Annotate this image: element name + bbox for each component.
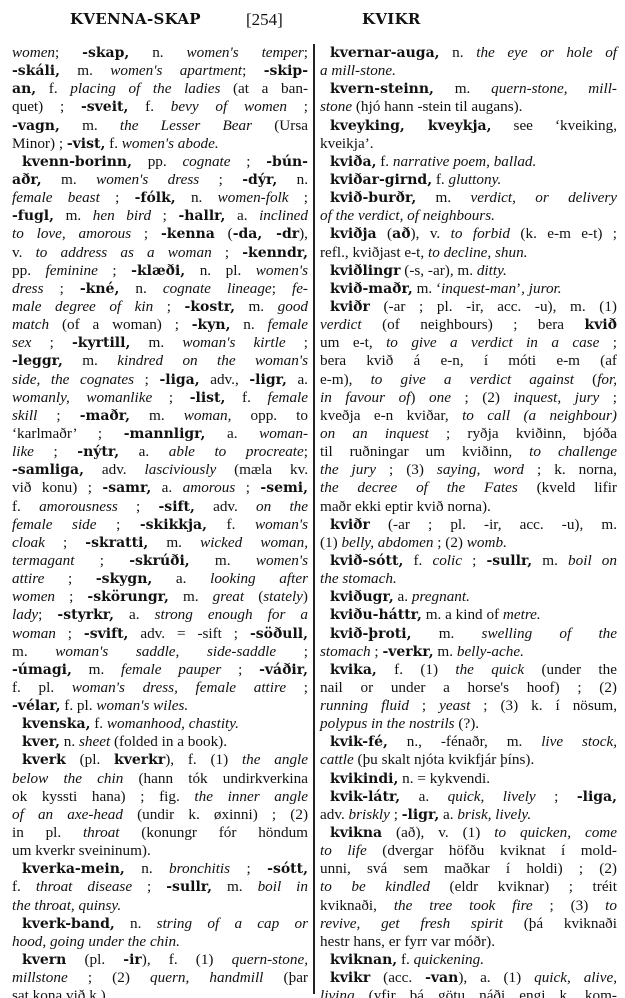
text-line: kver, n. sheet (folded in a book).: [12, 733, 308, 751]
definition: gluttony.: [449, 171, 502, 188]
definition: inclined: [259, 207, 308, 224]
text: m.: [63, 352, 117, 369]
text: ;: [151, 207, 178, 224]
definition: the stomach.: [320, 570, 397, 587]
text: ;: [599, 389, 617, 406]
headword: kviðja: [330, 226, 377, 242]
headword: -kenna: [161, 226, 215, 242]
text: m.: [190, 552, 256, 569]
definition: polypus in the nostrils: [320, 715, 455, 732]
text-line: kvikna (að), v. (1) to quicken, come: [320, 824, 617, 842]
text-line: kviknan, f. quickening.: [320, 951, 617, 969]
text: a.: [152, 570, 210, 587]
text: m.: [434, 80, 491, 97]
text-line: kviðu-háttr, m. a kind of metre.: [320, 606, 617, 624]
text-line: kveikja’.: [320, 135, 617, 153]
definition: to life: [320, 842, 367, 859]
definition: millstone: [12, 969, 68, 986]
text: ;: [56, 625, 84, 642]
headword: -sullr,: [166, 879, 212, 895]
definition: the jury: [320, 461, 376, 478]
text: maðr ekki eptir kvið norna).: [320, 498, 491, 515]
text: ;: [221, 661, 259, 678]
text-line: um kverkr sveininum).: [12, 842, 308, 860]
text-line: of an axe-head (undir k. øxinni) ; (2): [12, 806, 308, 824]
text-line: kvenn-borinn, pp. cognate ; -bún-: [12, 153, 308, 171]
definition: termagant: [12, 552, 74, 569]
text: ;: [371, 643, 383, 660]
definition: the quick: [455, 661, 524, 678]
headword: -skap,: [82, 45, 129, 61]
headword: -hallr,: [178, 208, 225, 224]
headword: -sveit,: [81, 99, 128, 115]
text-line: kveyking, kveykja, see ‘kveiking,: [320, 117, 617, 135]
text: ;: [231, 153, 267, 170]
headword: -list,: [190, 390, 226, 406]
definition: women: [12, 588, 55, 605]
headword: -styrkr,: [57, 607, 114, 623]
definition: dress: [12, 280, 44, 297]
text: (þá kviknaði: [503, 915, 617, 932]
text-line: running fluid ; yeast ; (3) k. í nösum,: [320, 697, 617, 715]
text: (þar: [263, 969, 308, 986]
text-line: cloak ; -skratti, m. wicked woman,: [12, 534, 308, 552]
headword: kviknan,: [330, 952, 397, 968]
text: (-ar ; pl. -ir, acc. -u), m. (1): [370, 298, 617, 315]
text: f. pl.: [60, 697, 96, 714]
text: f.: [397, 951, 413, 968]
headword: kvikindi,: [330, 771, 398, 787]
definition: strong enough for a: [155, 606, 308, 623]
text-line: kvið-sótt, f. colic ; -sullr, m. boil on: [320, 552, 617, 570]
definition: metre.: [503, 606, 541, 623]
right-column: kvernar-auga, n. the eye or hole ofa mil…: [320, 44, 617, 998]
text-line: e-m), to give a verdict against (for,: [320, 371, 617, 389]
definition: swelling of the: [482, 625, 617, 642]
text-line: pp. feminine ; -klæði, n. pl. women's: [12, 262, 308, 280]
headword: -kné,: [80, 281, 119, 297]
headword: -kyn,: [192, 317, 231, 333]
text: n.: [176, 189, 218, 206]
definition: women's dress: [96, 171, 199, 188]
definition: on the: [256, 498, 308, 515]
text: (mæla kv.: [216, 461, 308, 478]
text-line: kvið-maðr, m. ‘inquest-man’, juror.: [320, 280, 617, 298]
text-line: kvið-burðr, m. verdict, or delivery: [320, 189, 617, 207]
text: (1): [320, 534, 342, 551]
text: ;: [286, 679, 308, 696]
text-line: ‘karlmaðr’ ; -mannligr, a. woman-: [12, 425, 308, 443]
text: ;: [38, 606, 57, 623]
text-line: in pl. throat (konungr fór höndum: [12, 824, 308, 842]
text: a.: [394, 588, 412, 605]
text: ;: [132, 878, 166, 895]
text: f. (1): [377, 661, 456, 678]
headword: -svift,: [84, 626, 129, 642]
headword: -söðull,: [250, 626, 308, 642]
text: ; k. norna,: [524, 461, 617, 478]
headword: -skikkja,: [140, 517, 207, 533]
text: (folded in a book).: [110, 733, 227, 750]
definition: fe-: [292, 280, 308, 297]
definition: woman,: [184, 407, 232, 424]
page-number: [254]: [246, 10, 283, 30]
definition: revive, get fresh spirit: [320, 915, 503, 932]
definition: amorous: [183, 479, 236, 496]
text-line: bera kvið á e-n, í móti e-m (af: [320, 352, 617, 370]
text: m.: [60, 62, 110, 79]
text-line: kviðr (-ar ; pl. -ir, acc. -u), m. (1): [320, 298, 617, 316]
text-line: kvikr (acc. -van), a. (1) quick, alive,: [320, 969, 617, 987]
definition: quick, lively: [448, 788, 536, 805]
headword: kvið-maðr,: [330, 281, 413, 297]
left-column: women; -skap, n. women's temper;-skáli, …: [12, 44, 308, 998]
text: ; ryðja kviðinn, bjóða: [429, 425, 617, 442]
text: a.: [439, 806, 457, 823]
text: ;: [44, 280, 80, 297]
text: ;: [153, 298, 184, 315]
definition: living: [320, 987, 355, 998]
text-line: kvik-fé, n., -fénaðr, m. live stock,: [320, 733, 617, 751]
headword: að: [392, 226, 410, 242]
definition: in favour of: [320, 389, 410, 406]
definition: womanhood, chastity.: [107, 715, 239, 732]
text: quet) ;: [12, 98, 81, 115]
text-line: millstone ; (2) quern, handmill (þar: [12, 969, 308, 987]
headword: -skratti,: [85, 535, 148, 551]
text: ;: [98, 262, 131, 279]
headword: -bún-: [266, 154, 308, 170]
text-line: hestr hans, er fyrr var móðr).: [320, 933, 617, 951]
text: ;: [286, 334, 308, 351]
text: ;: [390, 806, 402, 823]
text: n.: [60, 733, 79, 750]
text-line: match (of a woman) ; -kyn, n. female: [12, 316, 308, 334]
text: (yfir þá götu náði engi k. kom-: [355, 987, 617, 998]
definition: sex: [12, 334, 31, 351]
headword: -kyrtill,: [72, 335, 130, 351]
headword: -liga,: [159, 372, 199, 388]
headword: kviðar-girnd,: [330, 172, 432, 188]
text: adv.: [84, 461, 145, 478]
text: adv.: [320, 806, 349, 823]
text: við konu) ;: [12, 479, 102, 496]
text-line: skill ; -maðr, m. woman, opp. to: [12, 407, 308, 425]
headword: kvik-fé,: [330, 734, 388, 750]
text-line: womanly, womanlike ; -list, f. female: [12, 389, 308, 407]
text: m.: [148, 534, 200, 551]
text-line: stone (hjó hann -stein til augans).: [320, 98, 617, 116]
page-header: KVENNA-SKAP [254] KVIKR: [0, 8, 625, 32]
text: hestr hans, er fyrr var móðr).: [320, 933, 495, 950]
text: (eldr kviknar) ; tréit: [430, 878, 617, 895]
text: n.: [119, 280, 163, 297]
headword: kviðugr,: [330, 589, 394, 605]
text-line: kverk (pl. kverkr), f. (1) the angle: [12, 751, 308, 769]
text: f.: [105, 135, 121, 152]
text: ;: [462, 552, 486, 569]
text-line: kvenska, f. womanhood, chastity.: [12, 715, 308, 733]
text: (of neighbours) ; bera: [362, 316, 585, 333]
text: kveikja’.: [320, 135, 374, 152]
text: opp. to: [231, 407, 308, 424]
headword: -van: [425, 970, 458, 986]
text-line: kvikindi, n. = kykvendi.: [320, 770, 617, 788]
definition: female beast: [12, 189, 100, 206]
text-line: living (yfir þá götu náði engi k. kom-: [320, 987, 617, 998]
text: ;: [134, 371, 159, 388]
headword: kveyking, kveykja,: [330, 118, 491, 134]
definition: one: [429, 389, 451, 406]
text-line: maðr ekki eptir kvið norna).: [320, 498, 617, 516]
text-line: kviðlingr (-s, -ar), m. ditty.: [320, 262, 617, 280]
text-line: woman ; -svift, adv. = -sift ; -söðull,: [12, 625, 308, 643]
headword: -úmagi,: [12, 662, 72, 678]
definition: string of a cap or: [157, 915, 308, 932]
definition: below the chin: [12, 770, 123, 787]
text: ;: [536, 788, 577, 805]
definition: the angle: [242, 751, 308, 768]
text-line: um e-t, to give a verdict in a case ;: [320, 334, 617, 352]
text: ’,: [516, 280, 529, 297]
definition: to challenge: [529, 443, 617, 460]
text: ;: [31, 334, 72, 351]
text: f.: [207, 516, 255, 533]
definition: placing of the ladies: [70, 80, 220, 97]
headword: -skip-: [264, 63, 308, 79]
text: kviknaði,: [320, 897, 394, 914]
text: see ‘kveiking,: [491, 117, 617, 134]
definition: attire: [12, 570, 44, 587]
text-line: to love, amorous ; -kenna (-da, -dr),: [12, 225, 308, 243]
text-line: -samliga, adv. lasciviously (mæla kv.: [12, 461, 308, 479]
headword: -fólk,: [135, 190, 176, 206]
text-line: kvern (pl. -ir), f. (1) quern-stone,: [12, 951, 308, 969]
definition: of the verdict, of neighbours.: [320, 207, 495, 224]
definition: colic: [432, 552, 462, 569]
definition: quern, handmill: [150, 969, 263, 986]
text: m.: [130, 334, 182, 351]
headword: -sift,: [159, 499, 195, 515]
text-line: side, the cognates ; -liga, adv., -ligr,…: [12, 371, 308, 389]
text: ;: [304, 44, 308, 61]
text: ;: [37, 407, 79, 424]
text-line: -fugl, m. hen bird ; -hallr, a. inclined: [12, 207, 308, 225]
text-line: aðr, m. women's dress ; -dýr, n.: [12, 171, 308, 189]
definition: ditty.: [477, 262, 507, 279]
definition: to: [605, 897, 617, 914]
definition: women-folk: [218, 189, 289, 206]
definition: brisk, lively.: [457, 806, 531, 823]
headword: kvið-burðr,: [330, 190, 416, 206]
text: unni, svá sem maðkar í holdi) ; (2): [320, 860, 617, 877]
text-line: -úmagi, m. female pauper ; -váðir,: [12, 661, 308, 679]
text-line: stomach ; -verkr, m. belly-ache.: [320, 643, 617, 661]
definition: the eye or hole of: [476, 44, 617, 61]
text: f. pl.: [12, 679, 72, 696]
definition: female: [268, 389, 308, 406]
definition: to call (a neighbour): [462, 407, 617, 424]
text-line: the throat, quinsy.: [12, 897, 308, 915]
definition: of an axe-head: [12, 806, 123, 823]
headword: -sullr,: [486, 553, 532, 569]
text: (: [574, 371, 597, 388]
text: ;: [152, 389, 189, 406]
definition: bronchitis: [169, 860, 230, 877]
text-line: below the chin (hann tók undirkverkina: [12, 770, 308, 788]
headword: an,: [12, 81, 36, 97]
text-line: kviðar-girnd, f. gluttony.: [320, 171, 617, 189]
definition: women: [12, 44, 55, 61]
text: a.: [151, 479, 182, 496]
text: m.: [434, 643, 457, 660]
headword: -skrúði,: [129, 553, 189, 569]
headword: kvika,: [330, 662, 377, 678]
definition: women's: [256, 552, 308, 569]
text-line: kviðr (-ar ; pl. -ir, acc. -u), m.: [320, 516, 617, 534]
headword: kviðu-háttr,: [330, 607, 422, 623]
headword: kverk: [22, 752, 66, 768]
text-line: a mill-stone.: [320, 62, 617, 80]
text: (of a woman) ;: [49, 316, 192, 333]
headword: kver,: [22, 734, 60, 750]
text: ;: [242, 62, 264, 79]
definition: quickening.: [414, 951, 484, 968]
text: m.: [212, 878, 258, 895]
definition: great: [213, 588, 245, 605]
definition: lady: [12, 606, 38, 623]
text: kveðja e-n kviðar,: [320, 407, 462, 424]
definition: woman's dress, female attire: [72, 679, 286, 696]
text-line: the stomach.: [320, 570, 617, 588]
definition: inquest-man: [441, 280, 516, 297]
text-line: kviðja (að), v. to forbid (k. e-m e-t) ;: [320, 225, 617, 243]
text-line: Minor) ; -vist, f. women's abode.: [12, 135, 308, 153]
text: ‘karlmaðr’ ;: [12, 425, 124, 442]
headword: -maðr,: [80, 408, 130, 424]
text-line: kvernar-auga, n. the eye or hole of: [320, 44, 617, 62]
text: in pl.: [12, 824, 83, 841]
definition: quern-stone, mill-: [491, 80, 617, 97]
definition: feminine: [46, 262, 98, 279]
text: m.: [416, 189, 470, 206]
definition: running fluid: [320, 697, 409, 714]
headword: kvik-látr,: [330, 789, 400, 805]
definition: able to procreate: [169, 443, 304, 460]
headword: aðr,: [12, 172, 42, 188]
text-line: v. to address as a woman ; -kenndr,: [12, 244, 308, 262]
text: sat kona við k.).: [12, 987, 109, 998]
text-line: dress ; -kné, n. cognate lineage; fe-: [12, 280, 308, 298]
text-line: unni, svá sem maðkar í holdi) ; (2): [320, 860, 617, 878]
text: a.: [400, 788, 447, 805]
text-line: the decree of the Fates (kveld lifir: [320, 479, 617, 497]
text: n.: [277, 171, 308, 188]
text: pp.: [12, 262, 46, 279]
text-line: verdict (of neighbours) ; bera kvið: [320, 316, 617, 334]
text: (þu skalt njóta kvikfjár þíns).: [354, 751, 535, 768]
text: ;: [272, 280, 292, 297]
text: m. a kind of: [422, 606, 503, 623]
headword: -semi,: [260, 480, 308, 496]
text-line: sat kona við k.).: [12, 987, 308, 998]
definition: side, the cognates: [12, 371, 134, 388]
headword: -samr,: [102, 480, 151, 496]
text: ; (3): [376, 461, 437, 478]
definition: to be kindled: [320, 878, 430, 895]
headword: -ligr,: [249, 372, 286, 388]
text: m.: [60, 117, 120, 134]
definition: saying, word: [437, 461, 524, 478]
text: m.: [532, 552, 568, 569]
text-line: cattle (þu skalt njóta kvikfjár þíns).: [320, 751, 617, 769]
headword: kverkr: [114, 752, 165, 768]
definition: live stock,: [541, 733, 617, 750]
definition: looking after: [210, 570, 308, 587]
text: (-s, -ar), m.: [400, 262, 476, 279]
definition: woman's wiles.: [96, 697, 188, 714]
text-line: the jury ; (3) saying, word ; k. norna,: [320, 461, 617, 479]
text: m. ‘: [413, 280, 441, 297]
text: (kveld lifir: [518, 479, 617, 496]
text-line: kvik-látr, a. quick, lively ; -liga,: [320, 788, 617, 806]
definition: throat: [83, 824, 120, 841]
definition: woman-: [259, 425, 308, 442]
text: (undir k. øxinni) ; (2): [123, 806, 308, 823]
headword: -liga,: [577, 789, 617, 805]
headword: kvið-sótt,: [330, 553, 403, 569]
text: ), f. (1): [142, 951, 232, 968]
text: (acc.: [370, 969, 425, 986]
text-line: kveðja e-n kviðar, to call (a neighbour): [320, 407, 617, 425]
headword: -verkr,: [382, 644, 433, 660]
headword: kviðr: [330, 299, 370, 315]
definition: on an inquest: [320, 425, 429, 442]
text: ;: [599, 334, 617, 351]
text: (: [215, 225, 233, 242]
text-line: kvern-steinn, m. quern-stone, mill-: [320, 80, 617, 98]
headword: kvern-steinn,: [330, 81, 434, 97]
definition: stomach: [320, 643, 371, 660]
text: nail or under a horse's hoof) ; (2): [320, 679, 617, 696]
text: n. = kykvendi.: [398, 770, 490, 787]
definition: cattle: [320, 751, 354, 768]
text: m.: [169, 588, 213, 605]
headword: -ir: [123, 952, 142, 968]
text-line: kviða, f. narrative poem, ballad.: [320, 153, 617, 171]
definition: to give a verdict in a case: [386, 334, 599, 351]
definition: the Lesser Bear: [120, 117, 252, 134]
headword: -skygn,: [96, 571, 152, 587]
text: ),: [299, 225, 308, 242]
text: ): [410, 389, 429, 406]
text-line: ok kyssti hana) ; fig. the inner angle: [12, 788, 308, 806]
headword: kviðr: [330, 517, 370, 533]
text-line: (1) belly, abdomen ; (2) womb.: [320, 534, 617, 552]
text: ), a. (1): [458, 969, 534, 986]
text: ;: [34, 443, 77, 460]
definition: the throat, quinsy.: [12, 897, 121, 914]
definition: woman: [12, 625, 56, 642]
text: adv. = -sift ;: [128, 625, 250, 642]
headword: kviða,: [330, 154, 376, 170]
text: f.: [128, 98, 170, 115]
text-line: -skáli, m. women's apartment; -skip-: [12, 62, 308, 80]
text: Minor) ;: [12, 135, 67, 152]
text-line: við konu) ; -samr, a. amorous ; -semi,: [12, 479, 308, 497]
text: a.: [205, 425, 259, 442]
text-line: in favour of) one ; (2) inquest, jury ;: [320, 389, 617, 407]
